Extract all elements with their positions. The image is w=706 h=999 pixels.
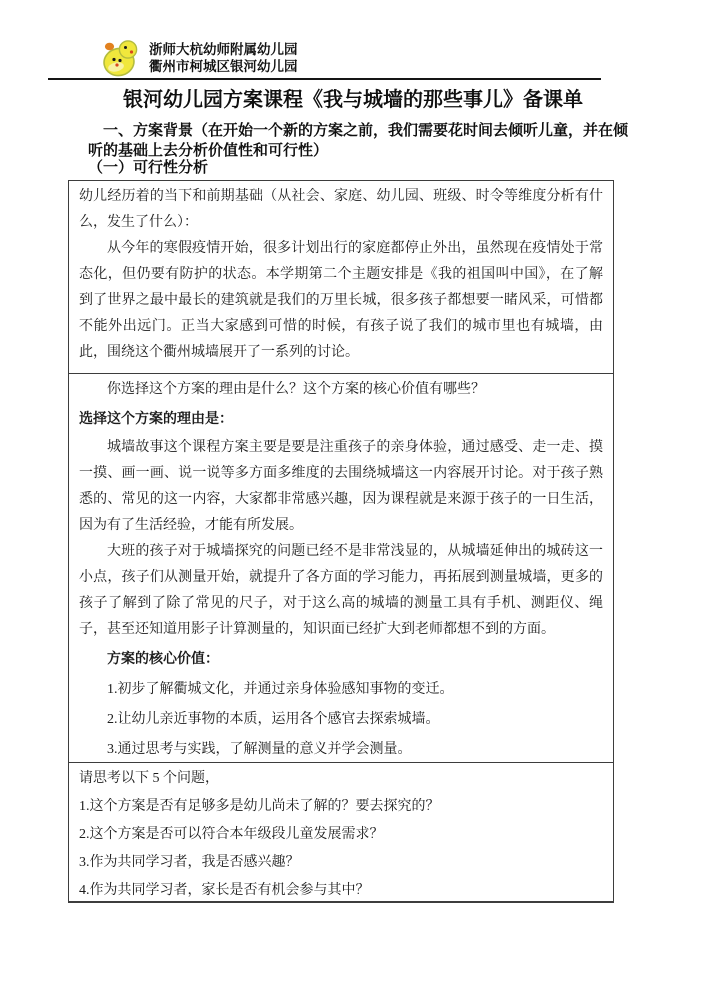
question-item-2: 2.这个方案是否可以符合本年级段儿童发展需求？ — [79, 822, 603, 848]
chicks-logo-icon — [102, 39, 144, 78]
question-item-1: 1.这个方案是否有足够多是幼儿尚未了解的？要去探究的？ — [79, 794, 603, 820]
section-heading-background: 一、方案背景（在开始一个新的方案之前，我们需要花时间去倾听儿童，并在倾听的基础上… — [88, 121, 633, 160]
core-value-item-1: 1.初步了解衢城文化，并通过亲身体验感知事物的变迁。 — [79, 677, 603, 703]
school-name-line2: 衢州市柯城区银河幼儿园 — [149, 58, 298, 75]
table-row-reasons-values: 你选择这个方案的理由是什么？这个方案的核心价值有哪些？ 选择这个方案的理由是： … — [69, 373, 613, 762]
planning-table: 幼儿经历着的当下和前期基础（从社会、家庭、幼儿园、班级、时令等维度分析有什么，发… — [68, 180, 614, 903]
question-item-3: 3.作为共同学习者，我是否感兴趣？ — [79, 850, 603, 876]
core-values-label: 方案的核心价值： — [79, 647, 603, 673]
document-title: 银河幼儿园方案课程《我与城墙的那些事儿》备课单 — [0, 86, 706, 114]
core-value-item-3: 3.通过思考与实践，了解测量的意义并学会测量。 — [79, 737, 603, 762]
school-name-line1: 浙师大杭幼师附属幼儿园 — [149, 41, 298, 58]
school-names: 浙师大杭幼师附属幼儿园 衢州市柯城区银河幼儿园 — [149, 39, 298, 75]
page: { "header": { "school_line1": "浙师大杭幼师附属幼… — [0, 0, 706, 999]
background-paragraph: 从今年的寒假疫情开始，很多计划出行的家庭都停止外出，虽然现在疫情处于常态化，但仍… — [79, 236, 603, 366]
questions-intro: 请思考以下 5 个问题， — [79, 766, 603, 792]
table-row-background: 幼儿经历着的当下和前期基础（从社会、家庭、幼儿园、班级、时令等维度分析有什么，发… — [69, 181, 613, 373]
background-prompt: 幼儿经历着的当下和前期基础（从社会、家庭、幼儿园、班级、时令等维度分析有什么，发… — [79, 184, 603, 236]
core-value-item-2: 2.让幼儿亲近事物的本质，运用各个感官去探索城墙。 — [79, 707, 603, 733]
reason-paragraph-2: 大班的孩子对于城墙探究的问题已经不是非常浅显的，从城墙延伸出的城砖这一小点，孩子… — [79, 539, 603, 643]
reason-paragraph-1: 城墙故事这个课程方案主要是要是注重孩子的亲身体验，通过感受、走一走、摸一摸、画一… — [79, 435, 603, 539]
table-row-questions: 请思考以下 5 个问题， 1.这个方案是否有足够多是幼儿尚未了解的？要去探究的？… — [69, 762, 613, 901]
question-item-4: 4.作为共同学习者，家长是否有机会参与其中？ — [79, 878, 603, 901]
letterhead: 浙师大杭幼师附属幼儿园 衢州市柯城区银河幼儿园 — [102, 39, 298, 78]
letterhead-divider — [48, 78, 601, 80]
subsection-heading-feasibility: （一）可行性分析 — [88, 159, 633, 177]
reason-label: 选择这个方案的理由是： — [79, 407, 603, 433]
reason-prompt: 你选择这个方案的理由是什么？这个方案的核心价值有哪些？ — [79, 377, 603, 403]
